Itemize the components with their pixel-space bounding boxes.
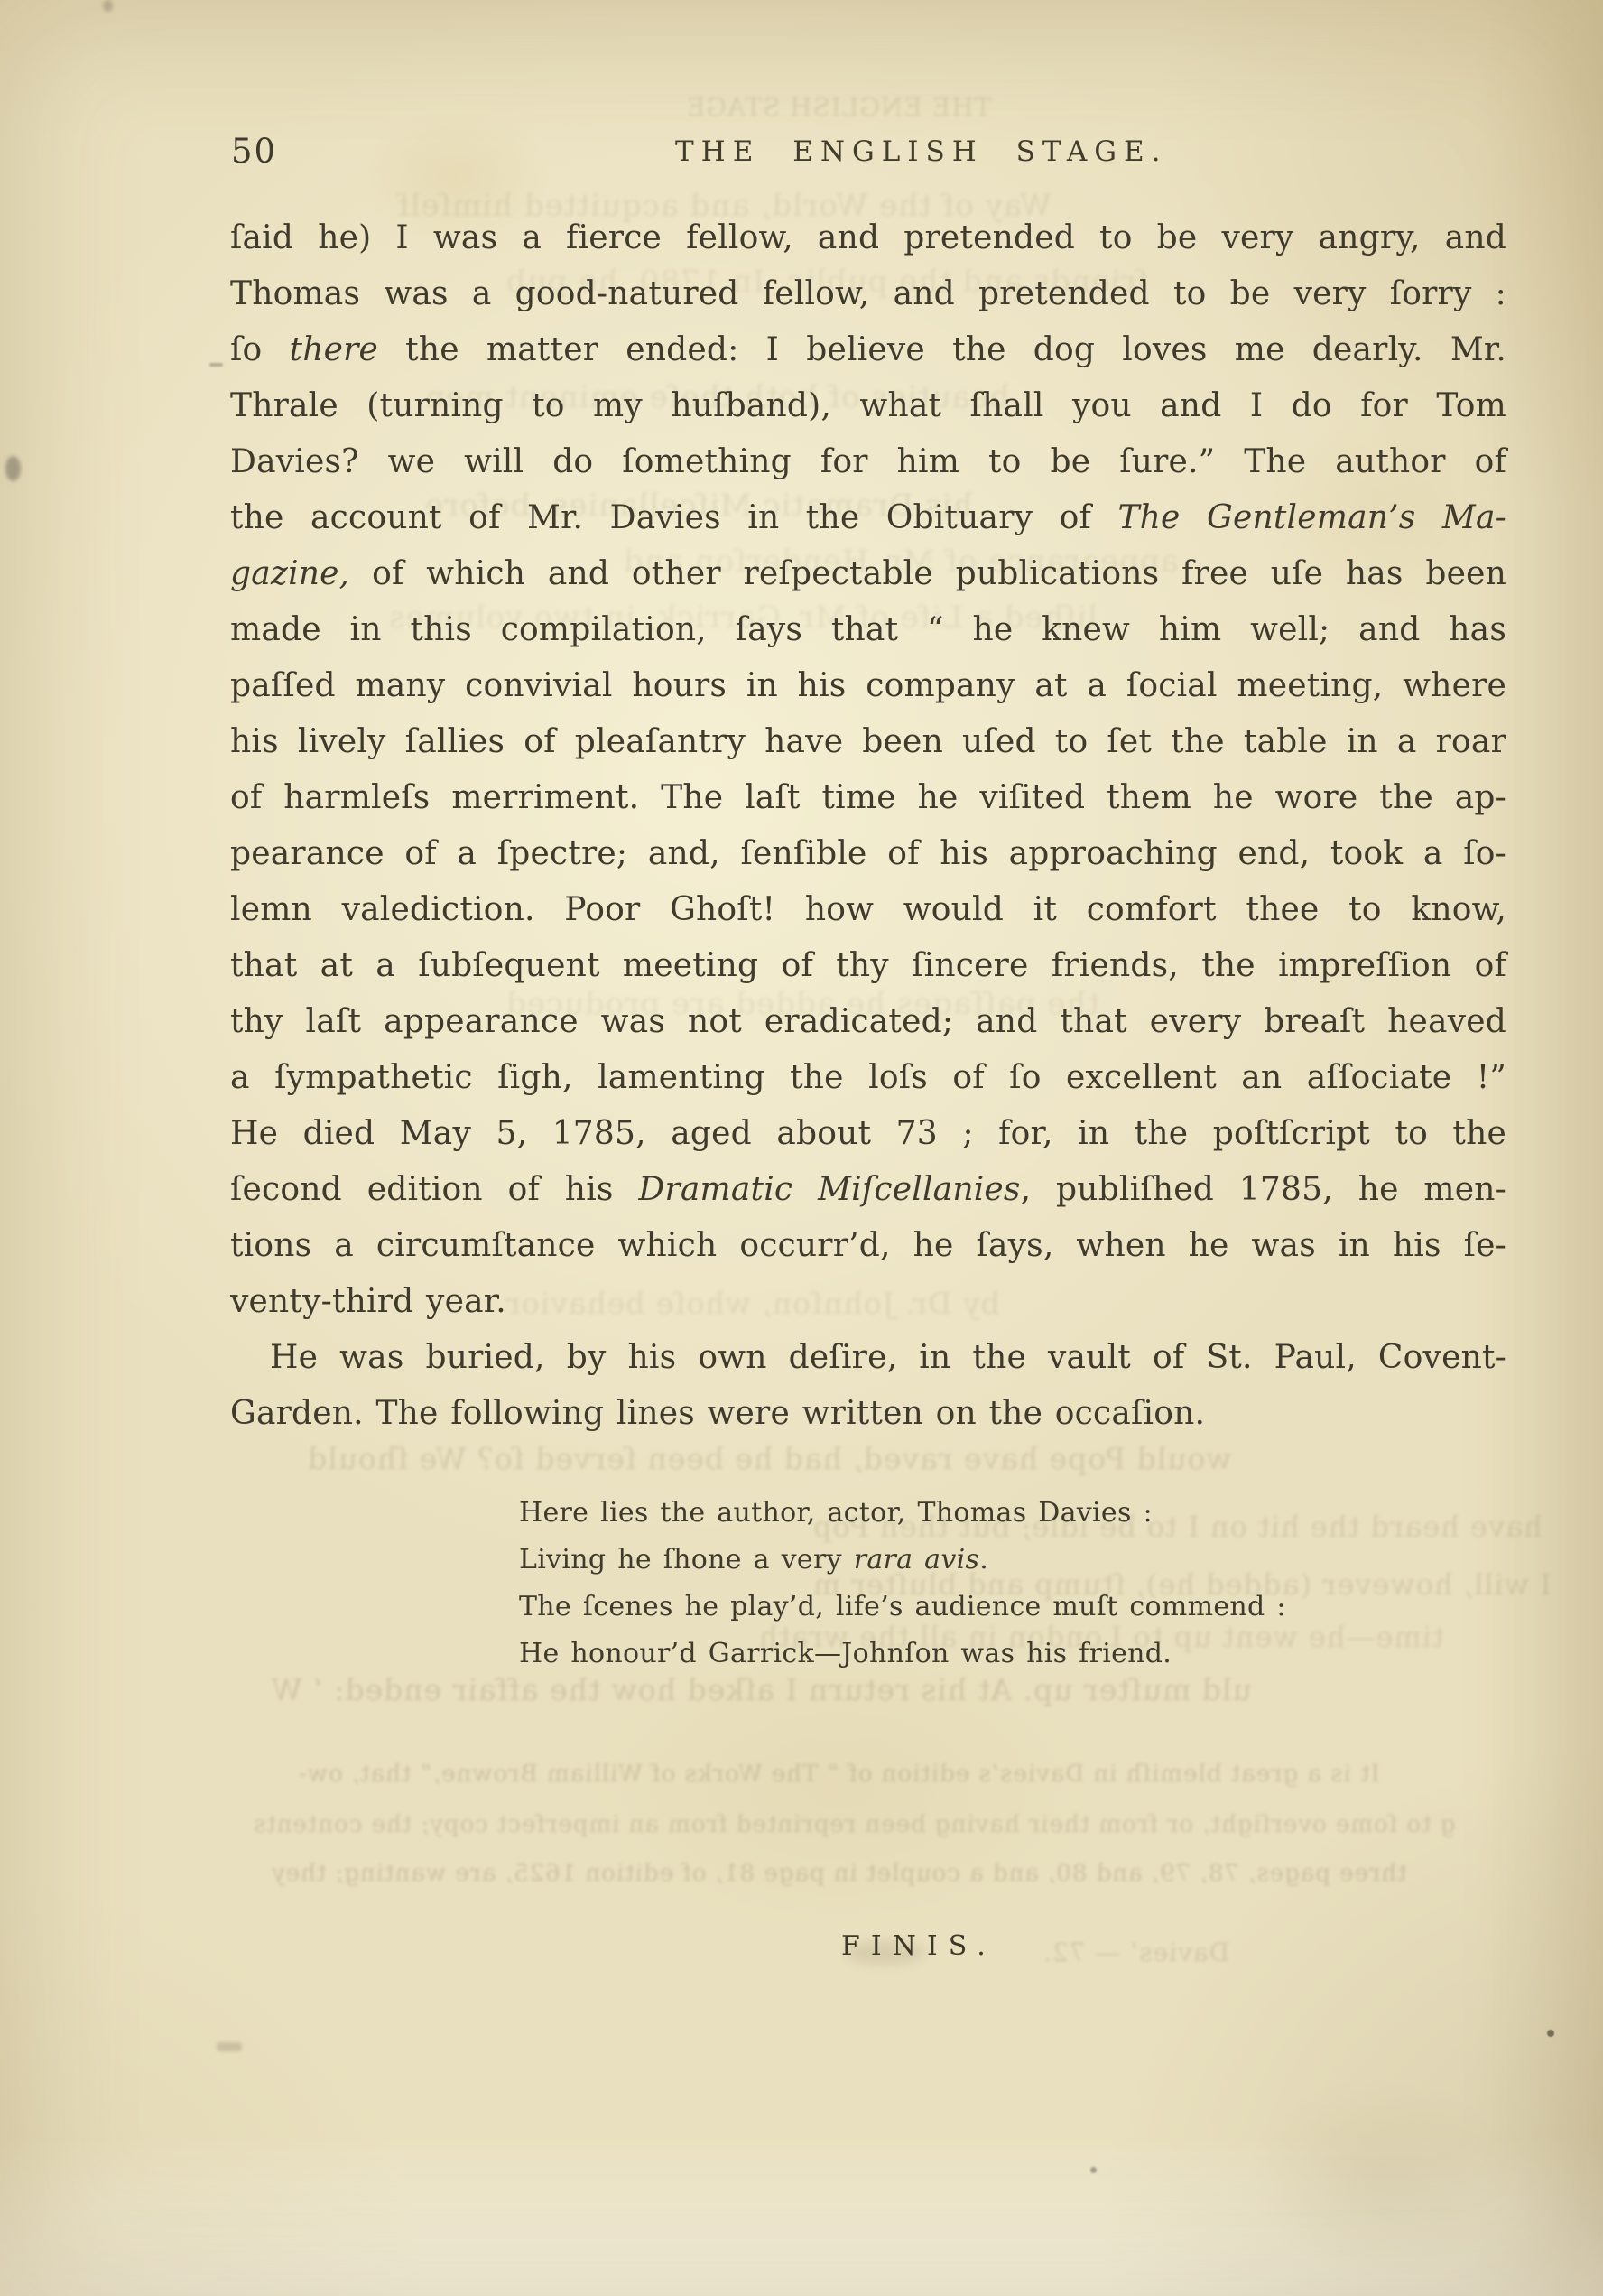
body-line: Davies? we will do ſomething for him to …: [230, 434, 1506, 490]
body-line: the account of Mr. Davies in the Obituar…: [230, 490, 1506, 546]
body-line: made in this compilation, ſays that “ he…: [230, 602, 1506, 658]
show-through-line: would Pope have raved, had he been ſerve…: [307, 1441, 1232, 1476]
body-line: Thomas was a good-natured fellow, and pr…: [230, 266, 1506, 322]
show-through-line: Davies’ — 72.: [1042, 1938, 1229, 1967]
body-line: a ſympathetic ſigh, lamenting the loſs o…: [230, 1050, 1506, 1106]
verse-line: Here lies the author, actor, Thomas Davi…: [519, 1490, 1286, 1537]
show-through-line: It is a great blemiſh in Davies’s editio…: [298, 1761, 1380, 1788]
body-line: ſo there the matter ended: I believe the…: [230, 322, 1506, 378]
speck: [1547, 2030, 1554, 2037]
body-line: gazine, of which and other reſpectable p…: [230, 546, 1506, 602]
body-line: Thrale (turning to my huſband), what ſha…: [230, 378, 1506, 434]
body-line: He was buried, by his own deſire, in the…: [230, 1330, 1506, 1386]
finis-label: FINIS.: [841, 1930, 996, 1962]
book-page: THE ENGLISH STAGEWay of the World, and a…: [0, 0, 1603, 2296]
body-line: tions a circumſtance which occurr’d, he …: [230, 1218, 1506, 1274]
body-line: ſecond edition of his Dramatic Miſcellan…: [230, 1162, 1506, 1218]
speck: [5, 456, 21, 481]
body-line: lemn valediction. Poor Ghoſt! how would …: [230, 882, 1506, 938]
epitaph-verse: Here lies the author, actor, Thomas Davi…: [519, 1490, 1286, 1678]
show-through-line: THE ENGLISH STAGE: [686, 92, 991, 122]
verse-line: He honour’d Garrick—Johnſon was his frie…: [519, 1631, 1286, 1678]
verse-line: The ſcenes he play’d, life’s audience mu…: [519, 1584, 1286, 1631]
page-number: 50: [231, 132, 277, 171]
speck: [217, 2042, 242, 2051]
body-line: pearance of a ſpectre; and, ſenſible of …: [230, 826, 1506, 882]
verse-line: Living he ſhone a very rara avis.: [519, 1537, 1286, 1584]
show-through-line: g to ſome overſight, or from their havin…: [253, 1811, 1456, 1838]
body-text: ſaid he) I was a fierce fellow, and pret…: [230, 210, 1506, 1442]
body-line: venty-third year.: [230, 1274, 1506, 1330]
body-line: of harmleſs merriment. The laſt time he …: [230, 770, 1506, 826]
speck: [103, 0, 113, 12]
body-line: thy laſt appearance was not eradicated; …: [230, 994, 1506, 1050]
body-line: that at a ſubſequent meeting of thy ſinc…: [230, 938, 1506, 994]
show-through-line: three pages, 78, 79, and 80, and a coupl…: [271, 1860, 1407, 1887]
body-line: He died May 5, 1785, aged about 73 ; for…: [230, 1106, 1506, 1162]
body-line: his lively ſallies of pleaſantry have be…: [230, 714, 1506, 770]
speck: [1090, 2167, 1097, 2173]
speck: [209, 363, 223, 367]
body-line: Garden. The following lines were written…: [230, 1386, 1506, 1442]
stain: [587, 1643, 1092, 1932]
stain: [1246, 2077, 1516, 2275]
running-header: THE ENGLISH STAGE.: [675, 135, 1168, 168]
body-line: ſaid he) I was a fierce fellow, and pret…: [230, 210, 1506, 266]
body-line: paſſed many convivial hours in his compa…: [230, 658, 1506, 714]
